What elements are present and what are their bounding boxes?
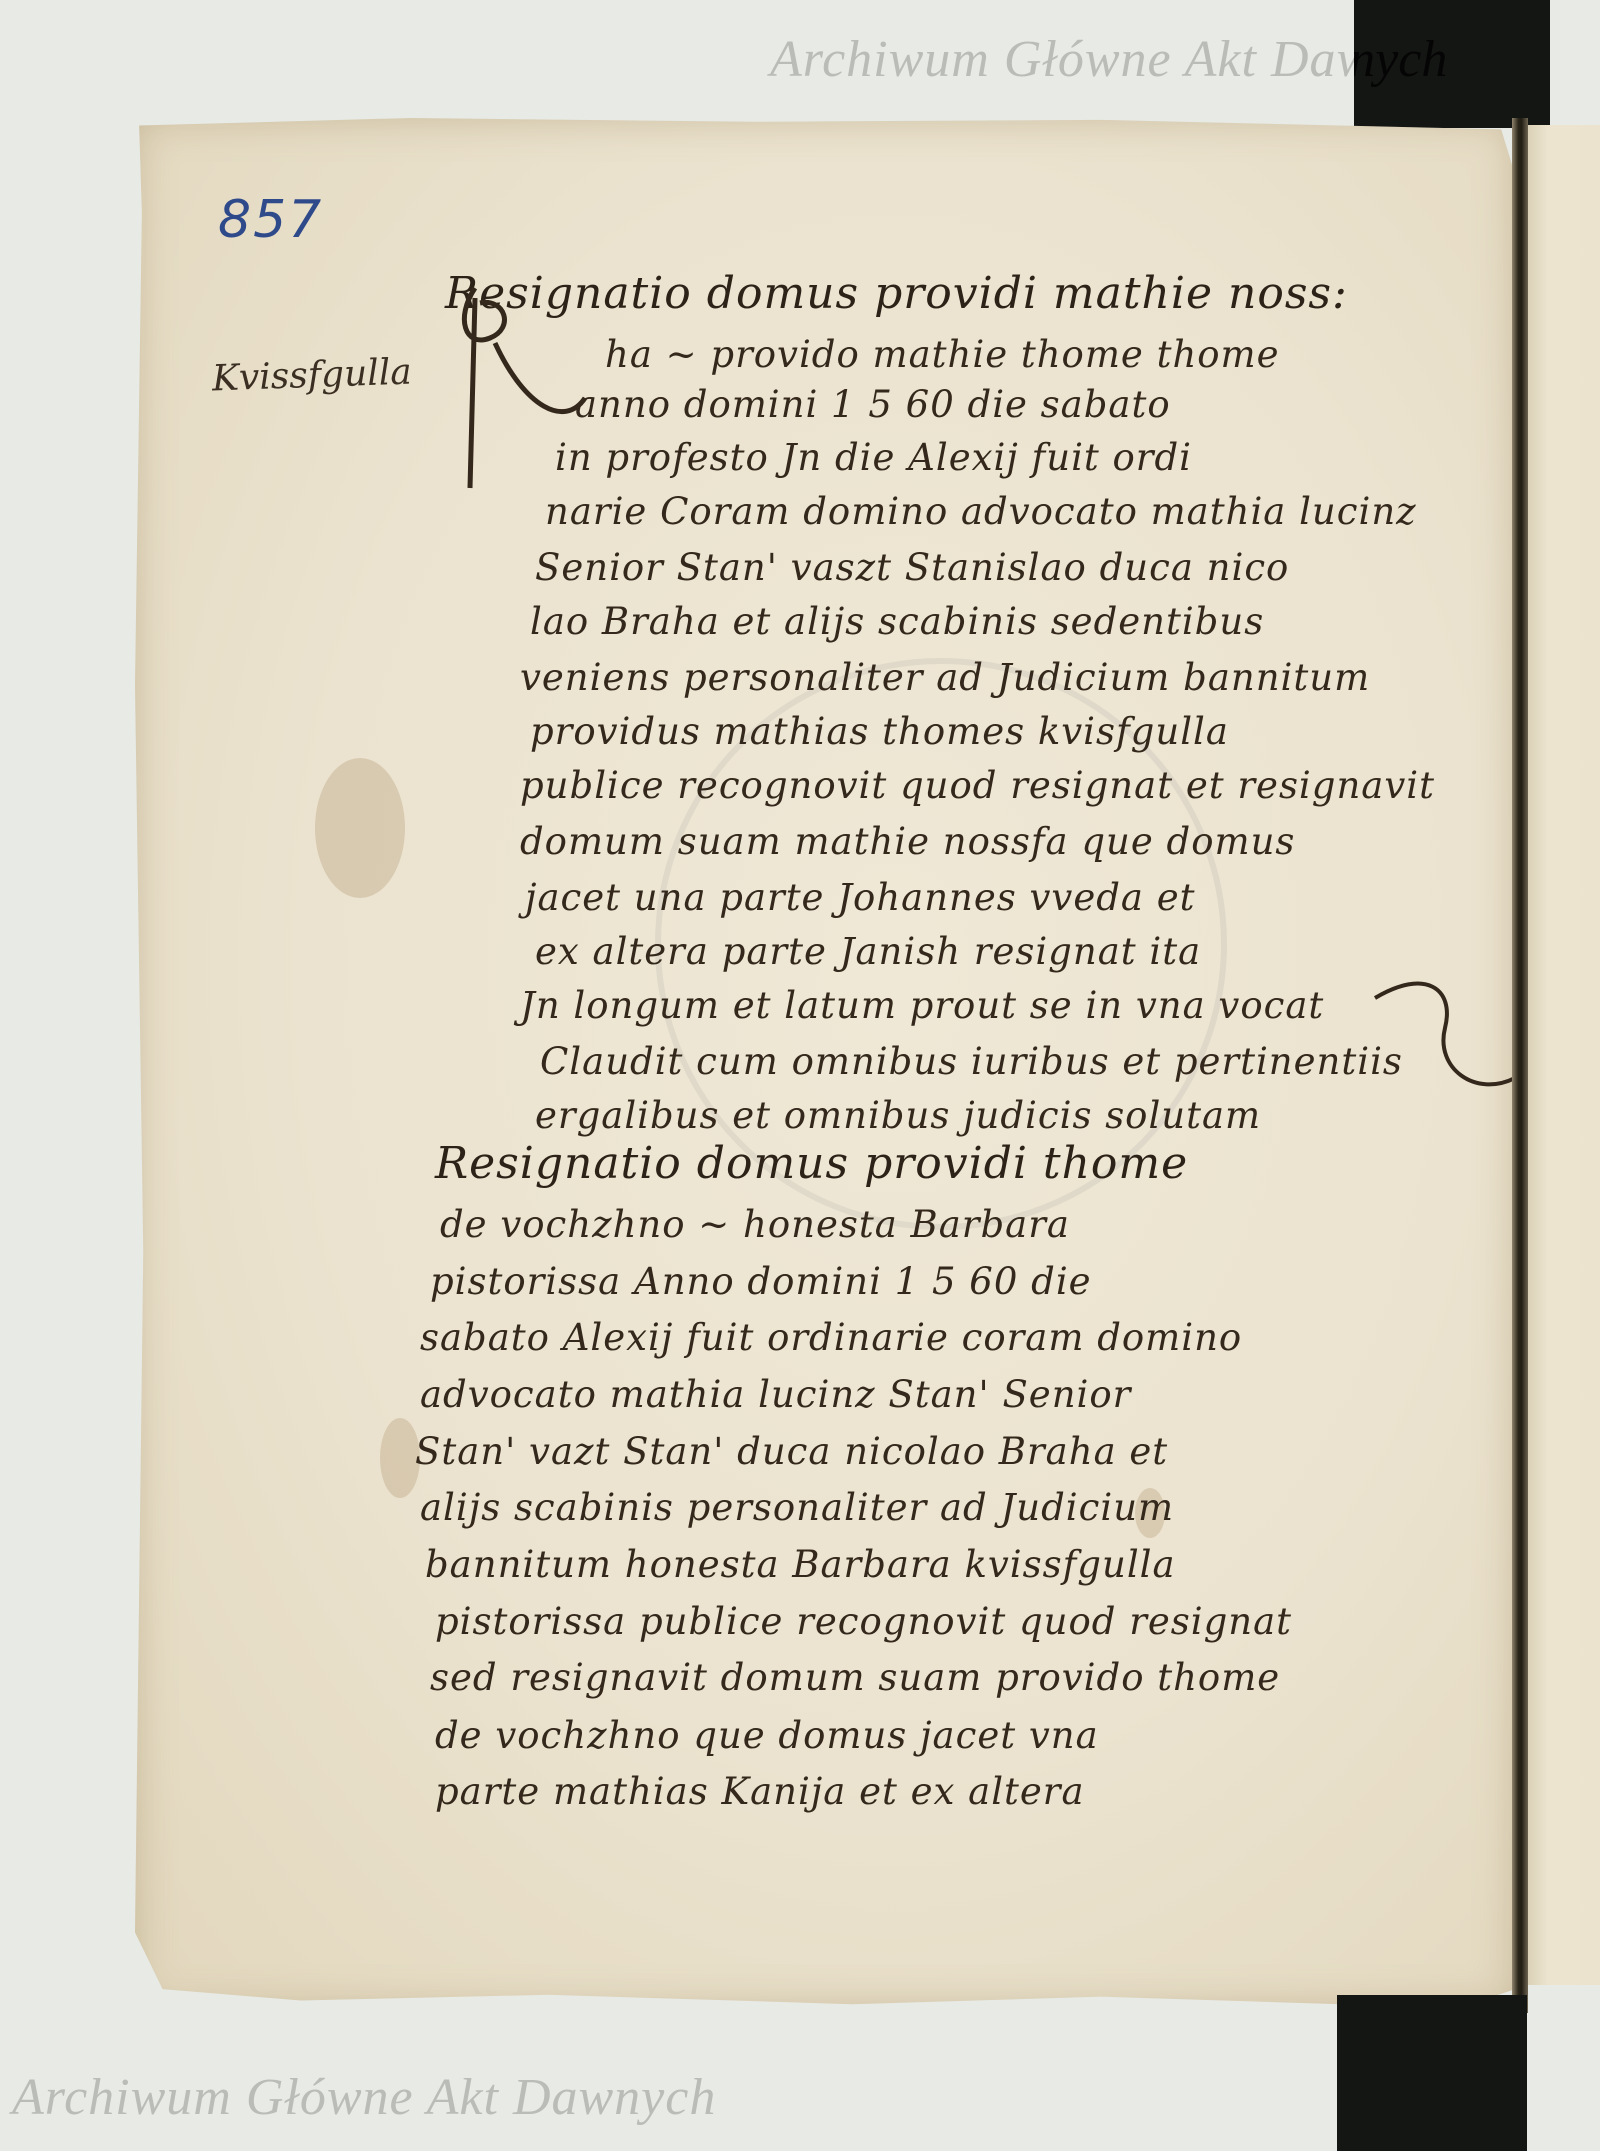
manuscript-line: Stan' vazt Stan' duca nicolao Braha et bbox=[415, 1430, 1168, 1473]
manuscript-line: Claudit cum omnibus iuribus et pertinent… bbox=[540, 1040, 1403, 1083]
manuscript-line: ex altera parte Janish resignat ita bbox=[535, 930, 1201, 973]
manuscript-line: parte mathias Kanija et ex altera bbox=[435, 1770, 1085, 1813]
archive-watermark-bottom: Archiwum Główne Akt Dawnych bbox=[12, 2068, 716, 2127]
manuscript-line: de vochzhno que domus jacet vna bbox=[435, 1714, 1099, 1757]
manuscript-line: in profesto Jn die Alexij fuit ordi bbox=[555, 436, 1192, 479]
black-tab-bottom bbox=[1337, 1995, 1527, 2151]
manuscript-line: ha ~ provido mathie thome thome bbox=[605, 333, 1280, 376]
manuscript-line: pistorissa Anno domini 1 5 60 die bbox=[430, 1260, 1092, 1303]
manuscript-page: Resignatio domus providi mathie noss: ha… bbox=[135, 118, 1515, 2008]
entry-heading: Resignatio domus providi thome bbox=[435, 1138, 1188, 1189]
manuscript-line: Jn longum et latum prout se in vna vocat bbox=[520, 984, 1324, 1027]
manuscript-line: alijs scabinis personaliter ad Judicium bbox=[420, 1486, 1174, 1529]
manuscript-line: lao Braha et alijs scabinis sedentibus bbox=[530, 600, 1264, 643]
manuscript-line: publice recognovit quod resignat et resi… bbox=[520, 764, 1435, 807]
book-gutter bbox=[1512, 118, 1528, 2013]
manuscript-line: sabato Alexij fuit ordinarie coram domin… bbox=[420, 1316, 1242, 1359]
initial-r-flourish bbox=[435, 258, 595, 518]
manuscript-line: ergalibus et omnibus judicis solutam bbox=[535, 1094, 1261, 1137]
manuscript-line: anno domini 1 5 60 die sabato bbox=[575, 383, 1171, 426]
manuscript-line: domum suam mathie nossfa que domus bbox=[520, 820, 1295, 863]
line-flourish bbox=[1365, 968, 1525, 1128]
manuscript-line: advocato mathia lucinz Stan' Senior bbox=[420, 1373, 1131, 1416]
adjacent-page-edge bbox=[1526, 125, 1600, 1985]
manuscript-line: bannitum honesta Barbara kvissfgulla bbox=[425, 1543, 1176, 1586]
manuscript-line: jacet una parte Johannes vveda et bbox=[525, 876, 1196, 919]
manuscript-line: narie Coram domino advocato mathia lucin… bbox=[545, 490, 1417, 533]
archive-watermark-top-overlay: Archiwum Główne Akt Dawnych bbox=[1354, 30, 1550, 89]
manuscript-line: providus mathias thomes kvisfgulla bbox=[530, 710, 1229, 753]
folio-number: 857 bbox=[218, 190, 323, 250]
stain bbox=[380, 1418, 420, 1498]
manuscript-line: Senior Stan' vaszt Stanislao duca nico bbox=[535, 546, 1289, 589]
marginal-note: Kvissfgulla bbox=[211, 352, 412, 400]
manuscript-line: pistorissa publice recognovit quod resig… bbox=[435, 1600, 1292, 1643]
manuscript-line: veniens personaliter ad Judicium bannitu… bbox=[520, 656, 1370, 699]
manuscript-line: de vochzhno ~ honesta Barbara bbox=[440, 1203, 1070, 1246]
stain bbox=[315, 758, 405, 898]
manuscript-line: sed resignavit domum suam provido thome bbox=[430, 1656, 1280, 1699]
